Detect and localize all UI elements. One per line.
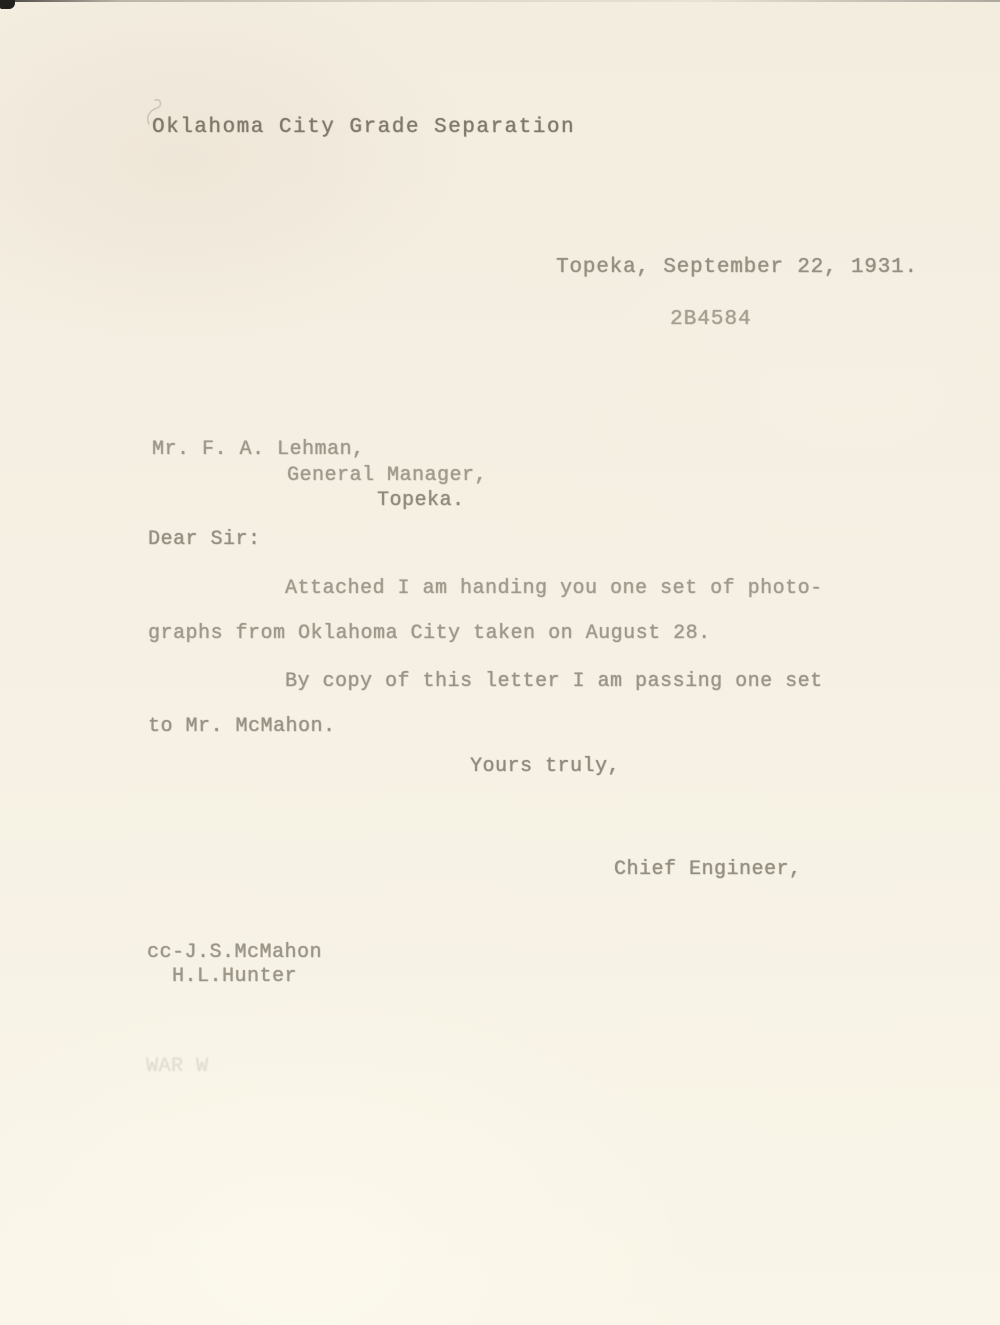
cc-line-mcmahon: cc-J.S.McMahon — [147, 941, 322, 964]
corner-mark — [0, 0, 15, 9]
body-paragraph1-line2: graphs from Oklahoma City taken on Augus… — [148, 622, 711, 645]
scan-edge — [0, 0, 1000, 2]
closing: Yours truly, — [470, 755, 620, 778]
signature-title: Chief Engineer, — [614, 858, 802, 881]
recipient-name: Mr. F. A. Lehman, — [152, 438, 365, 461]
letter-file-number: 2B4584 — [670, 308, 752, 331]
letter-dateline: Topeka, September 22, 1931. — [556, 256, 918, 279]
letter-heading: Oklahoma City Grade Separation — [152, 116, 575, 139]
salutation: Dear Sir: — [148, 528, 261, 551]
body-paragraph1-line1: Attached I am handing you one set of pho… — [285, 577, 823, 600]
body-paragraph2-line1: By copy of this letter I am passing one … — [285, 670, 823, 693]
recipient-title: General Manager, — [287, 464, 487, 487]
typist-initials: WAR W — [146, 1055, 209, 1078]
recipient-city: Topeka. — [377, 489, 465, 512]
letter-page: Oklahoma City Grade Separation Topeka, S… — [0, 0, 1000, 1325]
body-paragraph2-line2: to Mr. McMahon. — [148, 715, 336, 738]
cc-line-hunter: H.L.Hunter — [172, 965, 297, 988]
